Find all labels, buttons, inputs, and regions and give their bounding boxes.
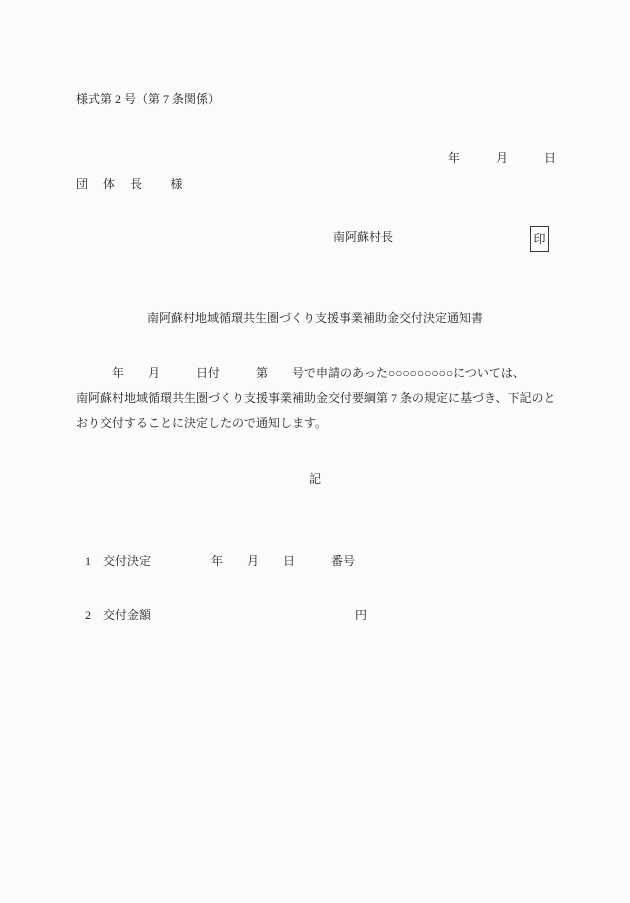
item-grant-decision: 1 交付決定 年 月 日 番号 bbox=[85, 554, 355, 569]
document-page: 様式第 2 号（第 7 条関係） 年 月 日 団 体 長 様 南阿蘇村長 印 南… bbox=[0, 0, 630, 903]
document-title: 南阿蘇村地域循環共生圏づくり支援事業補助金交付決定通知書 bbox=[0, 311, 630, 326]
addressee-line: 団 体 長 様 bbox=[76, 177, 184, 192]
item-grant-amount: 2 交付金額 円 bbox=[85, 608, 367, 623]
sender-name: 南阿蘇村長 bbox=[333, 230, 393, 245]
issue-date-line: 年 月 日 bbox=[448, 151, 556, 166]
body-paragraph-line: おり交付することに決定したので通知します。 bbox=[76, 416, 327, 431]
seal-stamp-box: 印 bbox=[530, 226, 549, 252]
form-number: 様式第 2 号（第 7 条関係） bbox=[76, 92, 220, 107]
record-marker: 記 bbox=[0, 472, 630, 487]
body-paragraph-line: 年 月 日付 第 号で申請のあった○○○○○○○○○については、 bbox=[76, 366, 525, 381]
seal-label: 印 bbox=[533, 232, 545, 247]
body-paragraph-line: 南阿蘇村地域循環共生圏づくり支援事業補助金交付要綱第 7 条の規定に基づき、下記… bbox=[76, 391, 556, 406]
